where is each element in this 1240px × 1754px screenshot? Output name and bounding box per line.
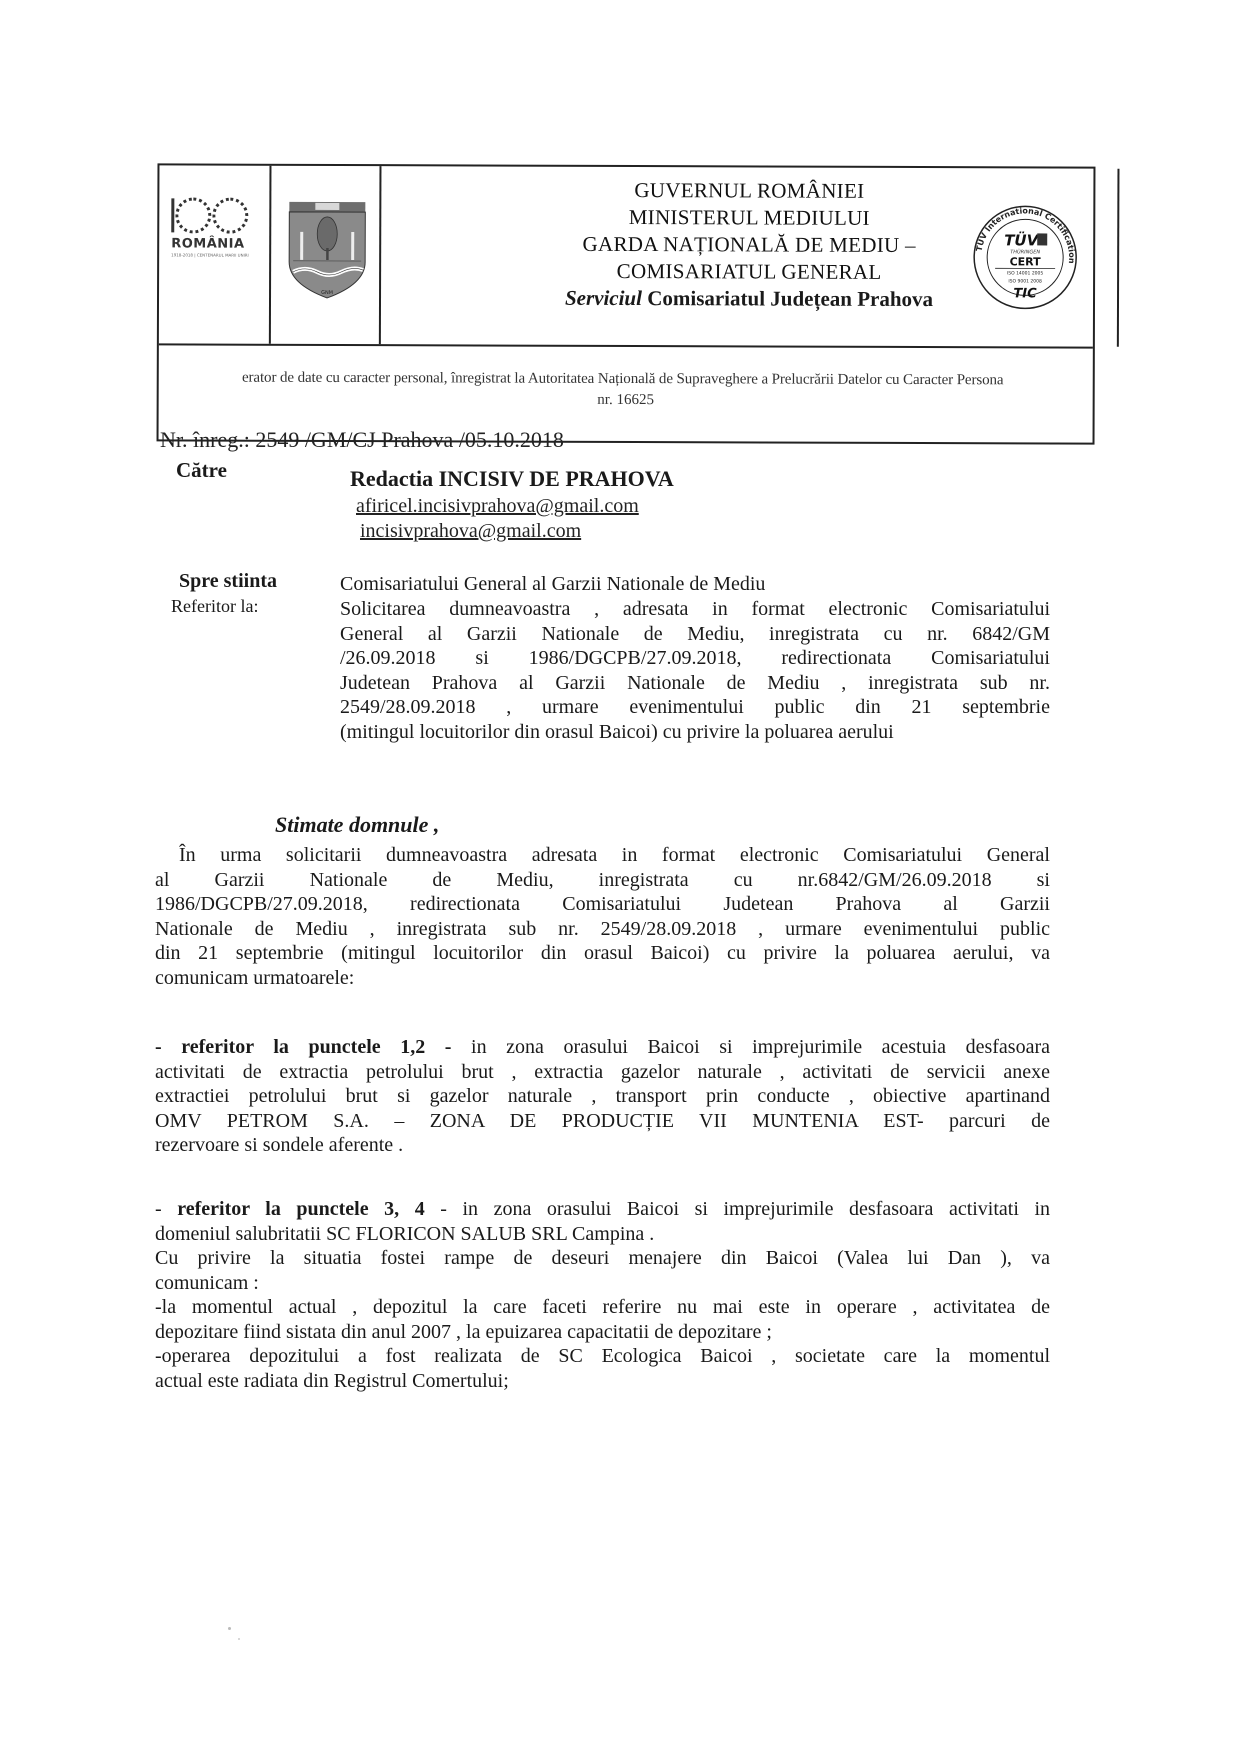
reference-line: General al Garzii Nationale de Mediu, in… bbox=[340, 622, 1050, 647]
paragraph-line: OMV PETROM S.A. – ZONA DE PRODUCȚIE VII … bbox=[155, 1109, 1050, 1134]
letter-page: ROMÂNIA 1918-2018 | CENTENARUL MARII UNI… bbox=[0, 0, 1240, 1754]
paragraph-line: din 21 septembrie (mitingul locuitorilor… bbox=[155, 941, 1050, 966]
letterhead-top-row: ROMÂNIA 1918-2018 | CENTENARUL MARII UNI… bbox=[159, 165, 1094, 348]
scan-speck bbox=[238, 1638, 240, 1640]
svg-text:CERT: CERT bbox=[1010, 255, 1042, 268]
centenary-caption: 1918-2018 | CENTENARUL MARII UNIRI bbox=[171, 252, 271, 257]
paragraph-text: in zona orasului Baicoi si imprejurimile… bbox=[471, 1036, 1050, 1058]
centenary-logo-cell: ROMÂNIA 1918-2018 | CENTENARUL MARII UNI… bbox=[159, 165, 272, 343]
paragraph-line: Cu privire la situatia fostei rampe de d… bbox=[155, 1246, 1050, 1271]
intro-paragraph: În urma solicitarii dumneavoastra adresa… bbox=[155, 843, 1050, 990]
paragraph-line: - referitor la punctele 3, 4 - in zona o… bbox=[155, 1197, 1050, 1222]
gnm-shield-icon: GNM bbox=[285, 200, 369, 300]
tuv-certification-badge-icon: TÜV International Certification TÜV THÜR… bbox=[971, 203, 1079, 311]
paragraph-line: -la momentul actual , depozitul la care … bbox=[155, 1295, 1050, 1320]
paragraph-line: În urma solicitarii dumneavoastra adresa… bbox=[155, 843, 1050, 868]
recipient-email-link[interactable]: incisivprahova@gmail.com bbox=[360, 520, 581, 543]
points-1-2-heading: - referitor la punctele 1,2 - bbox=[155, 1036, 471, 1058]
data-operator-registration: erator de date cu caracter personal, înr… bbox=[159, 369, 1093, 389]
service-prefix: Serviciul bbox=[565, 286, 642, 310]
centenary-word: ROMÂNIA bbox=[171, 236, 271, 251]
paragraph-line: - referitor la punctele 1,2 - in zona or… bbox=[155, 1035, 1050, 1060]
paragraph-line: rezervoare si sondele aferente . bbox=[155, 1133, 1050, 1158]
recipient-email-link[interactable]: afiricel.incisivprahova@gmail.com bbox=[356, 495, 639, 518]
centenary-digits-icon bbox=[171, 193, 271, 233]
cc-label: Spre stiinta bbox=[179, 570, 277, 593]
letterhead-table: ROMÂNIA 1918-2018 | CENTENARUL MARII UNI… bbox=[157, 163, 1096, 444]
points-1-2-paragraph: - referitor la punctele 1,2 - in zona or… bbox=[155, 1035, 1050, 1158]
paragraph-line: actual este radiata din Registrul Comert… bbox=[155, 1369, 1050, 1394]
svg-text:ISO 9001 2008: ISO 9001 2008 bbox=[1008, 278, 1042, 284]
salutation: Stimate domnule , bbox=[275, 812, 439, 838]
paragraph-line: depozitare fiind sistata din anul 2007 ,… bbox=[155, 1320, 1050, 1345]
paragraph-text: - bbox=[155, 1198, 177, 1220]
reference-line: 2549/28.09.2018 , urmare evenimentului p… bbox=[340, 695, 1050, 720]
service-name: Comisariatul Județean Prahova bbox=[647, 286, 933, 311]
paragraph-text: - in zona orasului Baicoi si imprejurimi… bbox=[425, 1198, 1050, 1220]
svg-text:TÜV: TÜV bbox=[1004, 230, 1039, 249]
certification-cell: TÜV International Certification TÜV THÜR… bbox=[963, 168, 1094, 346]
svg-text:ISO 14001 2005: ISO 14001 2005 bbox=[1007, 270, 1044, 276]
points-3-4-paragraph: - referitor la punctele 3, 4 - in zona o… bbox=[155, 1197, 1050, 1393]
recipient-label: Către bbox=[176, 458, 227, 483]
data-operator-number: nr. 16625 bbox=[159, 390, 1093, 410]
cc-value: Comisariatului General al Garzii Nationa… bbox=[340, 573, 765, 596]
reference-line: /26.09.2018 si 1986/DGCPB/27.09.2018, re… bbox=[340, 646, 1050, 671]
registration-number: Nr. înreg.: 2549 /GM/CJ Prahova /05.10.2… bbox=[160, 427, 564, 453]
paragraph-line: activitati de extractia petrolului brut … bbox=[155, 1060, 1050, 1085]
reference-line: Judetean Prahova al Garzii Nationale de … bbox=[340, 671, 1050, 696]
paragraph-line: Nationale de Mediu , inregistrata sub nr… bbox=[155, 917, 1050, 942]
recipient-name: Redactia INCISIV DE PRAHOVA bbox=[350, 466, 674, 492]
paragraph-line: extractiei petrolului brut si gazelor na… bbox=[155, 1084, 1050, 1109]
svg-text:TIC: TIC bbox=[1013, 286, 1037, 301]
paragraph-line: 1986/DGCPB/27.09.2018, redirectionata Co… bbox=[155, 892, 1050, 917]
reference-line: Solicitarea dumneavoastra , adresata in … bbox=[340, 597, 1050, 622]
reference-text: Solicitarea dumneavoastra , adresata in … bbox=[340, 597, 1050, 744]
gnm-shield-cell: GNM bbox=[271, 166, 382, 344]
scan-speck bbox=[228, 1627, 231, 1630]
paragraph-line: -operarea depozitului a fost realizata d… bbox=[155, 1344, 1050, 1369]
paragraph-line: comunicam : bbox=[155, 1271, 1050, 1296]
reference-line: (mitingul locuitorilor din orasul Baicoi… bbox=[340, 720, 1050, 745]
paragraph-line: domeniul salubritatii SC FLORICON SALUB … bbox=[155, 1222, 1050, 1247]
points-3-4-heading: referitor la punctele 3, 4 bbox=[177, 1198, 425, 1220]
paragraph-line: al Garzii Nationale de Mediu, inregistra… bbox=[155, 868, 1050, 893]
romania-centenary-logo: ROMÂNIA 1918-2018 | CENTENARUL MARII UNI… bbox=[171, 193, 271, 257]
reference-label: Referitor la: bbox=[171, 596, 258, 617]
paragraph-line: comunicam urmatoarele: bbox=[155, 966, 1050, 991]
svg-text:GNM: GNM bbox=[321, 290, 333, 296]
